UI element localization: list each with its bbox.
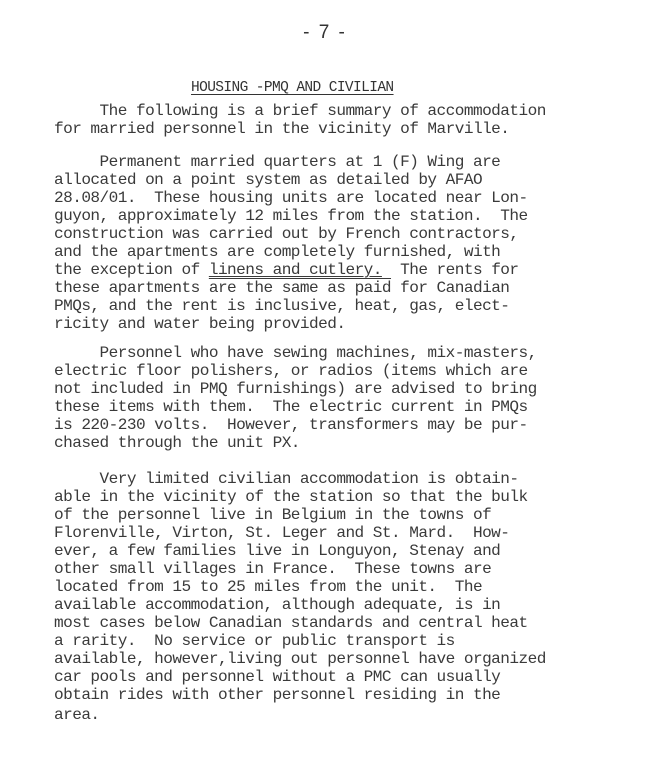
paragraph-4-line: other small villages in France. These to… xyxy=(54,560,491,578)
paragraph-3-line: is 220-230 volts. However, transformers … xyxy=(54,416,528,434)
paragraph-4-line: of the personnel live in Belgium in the … xyxy=(54,506,491,524)
paragraph-2-line: guyon, approximately 12 miles from the s… xyxy=(54,207,528,225)
paragraph-2-line: the exception of linens and cutlery. The… xyxy=(54,261,519,279)
overlined-phrase: are the same as paid xyxy=(209,279,391,297)
paragraph-3-line: chased through the unit PX. xyxy=(54,434,300,452)
paragraph-2-line: and the apartments are completely furnis… xyxy=(54,243,500,261)
paragraph-4-line: able in the vicinity of the station so t… xyxy=(54,488,528,506)
paragraph-3-line: not included in PMQ furnishings) are adv… xyxy=(54,380,537,398)
paragraph-4-line: obtain rides with other personnel residi… xyxy=(54,686,500,704)
paragraph-2-line: these apartments are the same as paid fo… xyxy=(54,279,509,297)
paragraph-4-line: Very limited civilian accommodation is o… xyxy=(54,470,519,488)
paragraph-4-line: Florenville, Virton, St. Leger and St. M… xyxy=(54,524,509,542)
paragraph-4-line: located from 15 to 25 miles from the uni… xyxy=(54,578,482,596)
paragraph-2-line: construction was carried out by French c… xyxy=(54,225,519,243)
paragraph-4-line: ever, a few families live in Longuyon, S… xyxy=(54,542,500,560)
paragraph-4-line: available accommodation, although adequa… xyxy=(54,596,500,614)
page-number: - 7 - xyxy=(0,22,650,44)
paragraph-2-line: 28.08/01. These housing units are locate… xyxy=(54,189,528,207)
paragraph-1-line: The following is a brief summary of acco… xyxy=(54,102,546,120)
underlined-phrase: linens and cutlery. xyxy=(209,261,382,279)
paragraph-2-line: allocated on a point system as detailed … xyxy=(54,171,482,189)
paragraph-2-line: Permanent married quarters at 1 (F) Wing… xyxy=(54,153,500,171)
paragraph-2-line: ricity and water being provided. xyxy=(54,315,345,333)
paragraph-3-line: Personnel who have sewing machines, mix-… xyxy=(54,344,537,362)
paragraph-2-line: PMQs, and the rent is inclusive, heat, g… xyxy=(54,297,509,315)
paragraph-4-line: available, however,living out personnel … xyxy=(54,650,546,668)
text-segment: for Canadian xyxy=(391,279,509,297)
paragraph-3-line: electric floor polishers, or radios (ite… xyxy=(54,362,528,380)
paragraph-4-line: area. xyxy=(54,706,100,724)
paragraph-1-line: for married personnel in the vicinity of… xyxy=(54,120,509,138)
section-heading: HOUSING -PMQ AND CIVILIAN xyxy=(191,80,394,96)
text-segment: these apartments xyxy=(54,279,209,297)
text-segment: The rents for xyxy=(382,261,519,279)
paragraph-4-line: most cases below Canadian standards and … xyxy=(54,614,528,632)
paragraph-3-line: these items with them. The electric curr… xyxy=(54,398,528,416)
paragraph-4-line: a rarity. No service or public transport… xyxy=(54,632,455,650)
text-segment: the exception of xyxy=(54,261,209,279)
paragraph-4-line: car pools and personnel without a PMC ca… xyxy=(54,668,500,686)
